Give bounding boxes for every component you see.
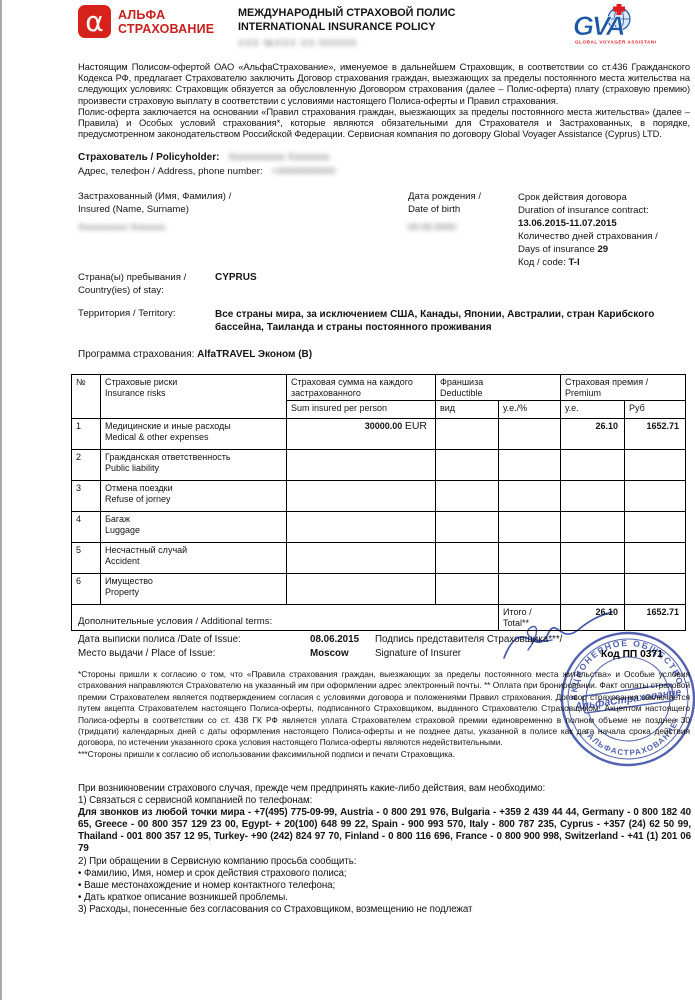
additional-terms-label: Дополнительные условия / Additional term… <box>78 616 272 627</box>
col-premium-rub: Руб <box>625 401 686 419</box>
col-deductible-type: вид <box>436 401 499 419</box>
claims-phones: Для звонков из любой точки мира - +7(495… <box>78 807 691 855</box>
policyholder-row: Страхователь / Policyholder: Xxxxxxxxxxx… <box>78 152 329 163</box>
place-of-issue-label: Место выдачи / Place of Issue: <box>78 648 215 659</box>
table-row: 2 Гражданская ответственностьPublic liab… <box>72 450 686 481</box>
alpha-icon: α <box>78 5 111 38</box>
brand-name-line2: СТРАХОВАНИЕ <box>118 22 214 36</box>
table-row: 3 Отмена поездкиRefuse of jorney <box>72 481 686 512</box>
table-row: 5 Несчастный случайAccident <box>72 543 686 574</box>
program-label: Программа страхования: <box>78 349 194 360</box>
dob-label-ru: Дата рождения / <box>408 191 514 204</box>
days-value: 29 <box>597 244 608 255</box>
days-line: Days of insurance 29 <box>518 243 692 256</box>
policyholder-label: Страхователь / Policyholder: <box>78 152 219 163</box>
program-value: AlfaTRAVEL Эконом (B) <box>197 349 312 360</box>
days-label-ru: Количество дней страхования / <box>518 230 692 243</box>
gva-letters: GVA <box>573 11 624 41</box>
col-num: № <box>72 375 101 419</box>
duration-label-en: Duration of insurance contract: <box>518 204 692 217</box>
claims-bullet1: • Фамилию, Имя, номер и срок действия ст… <box>78 868 691 880</box>
col-sum: Страховая сумма на каждого застрахованно… <box>287 375 436 401</box>
col-deductible-pct: у.е./% <box>499 401 561 419</box>
intro-paragraph-1: Настоящим Полисом-офертой ОАО «АльфаСтра… <box>78 61 690 106</box>
col-premium-ue: у.е. <box>561 401 625 419</box>
brand-name-line1: АЛЬФА <box>118 8 214 22</box>
claims-step2: 2) При обращении в Сервисную компанию пр… <box>78 856 691 868</box>
territory-value: Все страны мира, за исключением США, Кан… <box>215 308 687 334</box>
dob-redacted: 00.00.0000 <box>408 222 514 233</box>
alpha-glyph: α <box>85 5 103 38</box>
claims-step1: 1) Связаться с сервисной компанией по те… <box>78 795 691 807</box>
policyholder-name-redacted: Xxxxxxxxxxx Xxxxxxxx <box>228 152 329 163</box>
duration-value: 13.06.2015-11.07.2015 <box>518 217 692 230</box>
insured-name-redacted: Xxxxxxxxxx Xxxxxxx <box>78 222 343 233</box>
claims-intro: При возникновении страхового случая, пре… <box>78 783 691 795</box>
alfastrakhovanie-logo: α АЛЬФА СТРАХОВАНИЕ <box>78 5 214 38</box>
title-en: INTERNATIONAL INSURANCE POLICY <box>238 21 518 35</box>
duration-label-ru: Срок действия договора <box>518 191 692 204</box>
table-row: 4 БагажLuggage <box>72 512 686 543</box>
gva-logo: GVA GLOBAL VOYAGER ASSISTANCE <box>572 4 656 51</box>
intro-paragraph-2: Полис-оферта заключается на основании «П… <box>78 106 690 140</box>
address-row: Адрес, телефон / Address, phone number: … <box>78 166 336 177</box>
policy-number-redacted: XXX №XXX XX-000000 <box>238 38 518 49</box>
claims-bullet2: • Ваше местонахождение и номер контактно… <box>78 880 691 892</box>
intro-paragraphs: Настоящим Полисом-офертой ОАО «АльфаСтра… <box>78 61 690 139</box>
address-label: Адрес, телефон / Address, phone number: <box>78 166 263 177</box>
code-line: Код / code: T-I <box>518 256 692 269</box>
program-row: Программа страхования: AlfaTRAVEL Эконом… <box>78 349 312 360</box>
document-title-block: МЕЖДУНАРОДНЫЙ СТРАХОВОЙ ПОЛИС INTERNATIO… <box>238 7 518 49</box>
duration-column: Срок действия договора Duration of insur… <box>518 191 692 269</box>
col-deductible: Франшиза Deductible <box>436 375 561 401</box>
place-of-issue-value: Moscow <box>310 648 349 659</box>
gva-logo-graphic: GVA GLOBAL VOYAGER ASSISTANCE <box>572 4 656 46</box>
insurance-policy-document: α АЛЬФА СТРАХОВАНИЕ МЕЖДУНАРОДНЫЙ СТРАХО… <box>0 0 695 1000</box>
col-sum-en: Sum insured per person <box>287 401 436 419</box>
title-ru: МЕЖДУНАРОДНЫЙ СТРАХОВОЙ ПОЛИС <box>238 7 518 21</box>
territory-label: Территория / Territory: <box>78 308 176 319</box>
brand-name: АЛЬФА СТРАХОВАНИЕ <box>118 5 214 36</box>
gva-caption: GLOBAL VOYAGER ASSISTANCE <box>575 40 656 45</box>
date-of-issue-value: 08.06.2015 <box>310 634 359 645</box>
insured-label-en: Insured (Name, Surname) <box>78 204 343 217</box>
insured-column: Застрахованный (Имя, Фамилия) / Insured … <box>78 191 343 233</box>
claims-bullet3: • Дать краткое описание возникшей пробле… <box>78 892 691 904</box>
claims-instructions: При возникновении страхового случая, пре… <box>78 783 691 916</box>
company-stamp: АКЦИОНЕРНОЕ ОБЩЕСТВО «АЛЬФАСТРАХОВАНИЕ» … <box>549 620 695 778</box>
claims-step3: 3) Расходы, понесенные без согласования … <box>78 904 691 916</box>
col-premium: Страховая премия / Premium <box>561 375 686 401</box>
dob-column: Дата рождения / Date of birth 00.00.0000 <box>408 191 514 233</box>
dob-label-en: Date of birth <box>408 204 514 217</box>
code-value: T-I <box>568 257 579 268</box>
address-redacted: +00000000000 <box>271 166 335 177</box>
country-label: Страна(ы) пребывания / Country(ies) of s… <box>78 272 186 297</box>
risks-table: № Страховые риски Insurance risks Страхо… <box>71 374 686 631</box>
country-value: CYPRUS <box>215 272 257 283</box>
date-of-issue-label: Дата выписки полиса /Date of Issue: <box>78 634 241 645</box>
table-row: 1 Медицинские и иные расходыMedical & ot… <box>72 419 686 450</box>
insured-label-ru: Застрахованный (Имя, Фамилия) / <box>78 191 343 204</box>
stamp-code-label: Код ПП 0371 <box>601 649 663 660</box>
table-row: 6 ИмуществоProperty <box>72 574 686 605</box>
col-risks: Страховые риски Insurance risks <box>101 375 287 419</box>
signature-label-en: Signature of Insurer <box>375 648 461 659</box>
